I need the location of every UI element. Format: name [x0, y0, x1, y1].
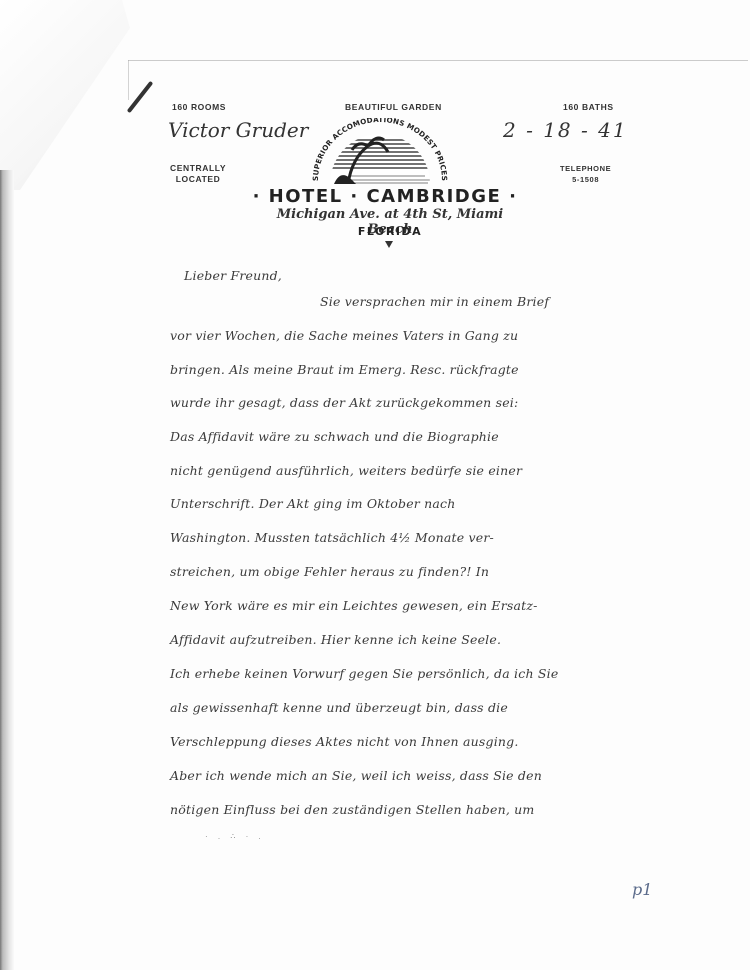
- letter-date: 2 - 18 - 41: [503, 118, 628, 142]
- page-marker: p1: [632, 880, 652, 899]
- pen-slash-mark: [127, 81, 154, 113]
- letter-line: streichen, um obige Fehler heraus zu fin…: [170, 564, 489, 579]
- telephone-label: TELEPHONE: [560, 163, 611, 174]
- hotel-logo-palm-icon: SUPERIOR ACCOMODATIONS MODEST PRICES: [300, 118, 460, 186]
- paper-top-edge: [128, 60, 748, 61]
- letterhead-baths: 160 BATHS: [563, 102, 614, 112]
- letter-line: Washington. Mussten tatsächlich 4½ Monat…: [170, 530, 494, 545]
- letterhead-centrally-located: CENTRALLY LOCATED: [170, 163, 226, 185]
- scan-specks: · . ∴ · .: [205, 832, 265, 841]
- central-line-2: LOCATED: [170, 174, 226, 185]
- letterhead-garden: BEAUTIFUL GARDEN: [345, 102, 442, 112]
- scan-edge-shadow: [0, 170, 14, 970]
- letter-line: als gewissenhaft kenne und überzeugt bin…: [170, 700, 508, 715]
- letter-line: nötigen Einfluss bei den zuständigen Ste…: [170, 802, 534, 817]
- letter-line: Affidavit aufzutreiben. Hier kenne ich k…: [170, 632, 501, 647]
- hotel-name: · HOTEL · CAMBRIDGE ·: [240, 186, 530, 207]
- hotel-state: FLORIDA: [330, 225, 450, 238]
- letterhead-rooms: 160 ROOMS: [172, 102, 226, 112]
- letter-line: Sie versprachen mir in einem Brief: [320, 294, 549, 309]
- triangle-down-icon: [385, 241, 393, 248]
- letter-line: Ich erhebe keinen Vorwurf gegen Sie pers…: [170, 666, 558, 681]
- paper-left-edge: [128, 60, 129, 100]
- letter-line: New York wäre es mir ein Leichtes gewese…: [170, 598, 538, 613]
- author-name: Victor Gruder: [168, 118, 308, 142]
- letter-line: nicht genügend ausführlich, weiters bedü…: [170, 463, 522, 478]
- letter-line: Unterschrift. Der Akt ging im Oktober na…: [170, 496, 456, 511]
- letter-line: Aber ich wende mich an Sie, weil ich wei…: [170, 768, 542, 783]
- letter-line: vor vier Wochen, die Sache meines Vaters…: [170, 328, 518, 343]
- central-line-1: CENTRALLY: [170, 163, 226, 174]
- letterhead-telephone: TELEPHONE 5-1508: [560, 163, 611, 185]
- salutation: Lieber Freund,: [184, 268, 282, 283]
- letter-line: Verschleppung dieses Aktes nicht von Ihn…: [170, 734, 519, 749]
- folded-page-corner: [0, 0, 130, 190]
- letter-line: bringen. Als meine Braut im Emerg. Resc.…: [170, 362, 519, 377]
- letter-line: wurde ihr gesagt, dass der Akt zurückgek…: [170, 395, 518, 410]
- telephone-number: 5-1508: [560, 174, 611, 185]
- letter-line: Das Affidavit wäre zu schwach und die Bi…: [170, 429, 499, 444]
